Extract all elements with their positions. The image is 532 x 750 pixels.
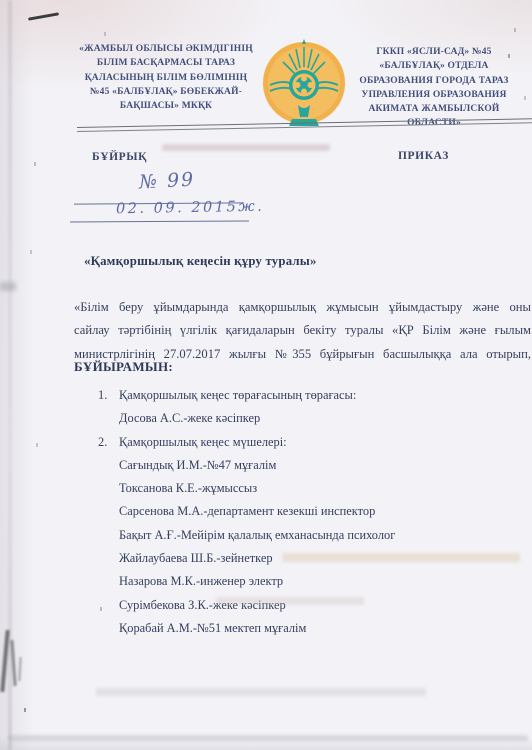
org-line: ҚАЛАСЫНЫҢ БІЛІМ БӨЛІМІНІҢ: [70, 71, 262, 85]
list-item-text: Қамқоршылық кеңес мүшелері:: [119, 431, 522, 454]
list-item-number: [98, 500, 119, 523]
preamble-line: «Білім беру ұйымдарында қамқоршылық жұмы…: [74, 296, 531, 319]
preamble-line: сайлау тәртібінің үлгілік қағидаларын бе…: [74, 319, 531, 342]
scan-artifact-pen-mark: [28, 12, 59, 20]
list-item-number: [98, 454, 119, 477]
scan-artifact-speckles: [0, 0, 2, 4]
org-line: «БАЛБҰЛАҚ» ОТДЕЛА: [336, 59, 532, 73]
list-item: 1. Қамқоршылық кеңес төрағасының төрағас…: [98, 384, 522, 407]
org-line: БІЛІМ БАСҚАРМАСЫ ТАРАЗ: [70, 56, 262, 70]
handwritten-order-number: № 99: [138, 169, 195, 194]
list-item-number: [98, 617, 119, 640]
ruled-line: [70, 221, 249, 223]
org-line: БАҚШАСЫ» МКҚК: [70, 99, 262, 113]
list-item-text: Қамқоршылық кеңес төрағасының төрағасы:: [119, 384, 522, 407]
list-item-number: [98, 570, 119, 593]
list-item-text: Қорабай А.М.-№51 мектеп мұғалім: [119, 617, 522, 640]
list-item-number: [98, 477, 119, 500]
list-item-text: Токсанова К.Е.-жұмыссыз: [119, 477, 522, 500]
kazakhstan-emblem-icon: [262, 33, 346, 133]
list-item: Қорабай А.М.-№51 мектеп мұғалім: [98, 617, 522, 640]
list-item-number: [98, 524, 119, 547]
list-item-text: Сарсенова М.А.-департамент кезекші инспе…: [119, 500, 522, 523]
list-item: Назарова М.К.-инженер электр: [98, 570, 522, 593]
scan-artifact-bleedthrough: [216, 597, 364, 605]
list-item-number: [98, 547, 119, 570]
order-title: «Қамқоршылық кеңесін құру туралы»: [84, 254, 317, 269]
org-line: ОБРАЗОВАНИЯ ГОРОДА ТАРАЗ: [336, 74, 532, 88]
org-line: АКИМАТА ЖАМБЫЛСКОЙ: [336, 102, 532, 116]
org-line: ГККП «ЯСЛИ-САД» №45: [336, 45, 532, 59]
list-item-text: Назарова М.К.-инженер электр: [119, 570, 522, 593]
list-item-text: Сағындық И.М.-№47 мұғалім: [119, 454, 522, 477]
scan-artifact-bleedthrough: [8, 735, 528, 741]
scan-artifact-smudge: [0, 282, 16, 291]
list-item: 2. Қамқоршылық кеңес мүшелері:: [98, 431, 522, 454]
scan-artifact-bleedthrough: [96, 688, 426, 696]
order-label-kazakh: БҰЙРЫҚ: [92, 151, 147, 163]
scan-artifact-bleedthrough: [162, 144, 330, 151]
list-item-text: Досова А.С.-жеке кәсіпкер: [119, 407, 522, 430]
org-line: «ЖАМБЫЛ ОБЛЫСЫ ӘКІМДІГІНІҢ: [70, 42, 262, 56]
letterhead-org-kazakh: «ЖАМБЫЛ ОБЛЫСЫ ӘКІМДІГІНІҢБІЛІМ БАСҚАРМА…: [70, 42, 262, 113]
order-label-russian: ПРИКАЗ: [398, 150, 449, 162]
list-item: Бақыт А.Ғ.-Мейірім қалалық емханасында п…: [98, 524, 522, 547]
org-line: УПРАВЛЕНИЯ ОБРАЗОВАНИЯ: [336, 88, 532, 102]
scanned-order-document: «ЖАМБЫЛ ОБЛЫСЫ ӘКІМДІГІНІҢБІЛІМ БАСҚАРМА…: [0, 0, 532, 750]
handwritten-date: 02. 09. 2015ж.: [116, 199, 265, 218]
scan-artifact-smudge: [18, 657, 21, 681]
list-item: Токсанова К.Е.-жұмыссыз: [98, 477, 522, 500]
list-item: Сарсенова М.А.-департамент кезекші инспе…: [98, 500, 522, 523]
scan-artifact-bleedthrough: [282, 553, 520, 562]
list-item-number: [98, 407, 119, 430]
list-item: Сағындық И.М.-№47 мұғалім: [98, 454, 522, 477]
list-item-number: 1.: [98, 384, 119, 407]
list-item: Досова А.С.-жеке кәсіпкер: [98, 407, 522, 430]
org-line: №45 «БАЛБҰЛАҚ» БӨБЕКЖАЙ-: [70, 85, 262, 99]
order-preamble: «Білім беру ұйымдарында қамқоршылық жұмы…: [74, 296, 531, 366]
list-item-number: [98, 594, 119, 617]
list-item-number: 2.: [98, 431, 119, 454]
resolution-word: БҰЙЫРАМЫН:: [74, 359, 173, 375]
list-item-text: Бақыт А.Ғ.-Мейірім қалалық емханасында п…: [119, 524, 522, 547]
